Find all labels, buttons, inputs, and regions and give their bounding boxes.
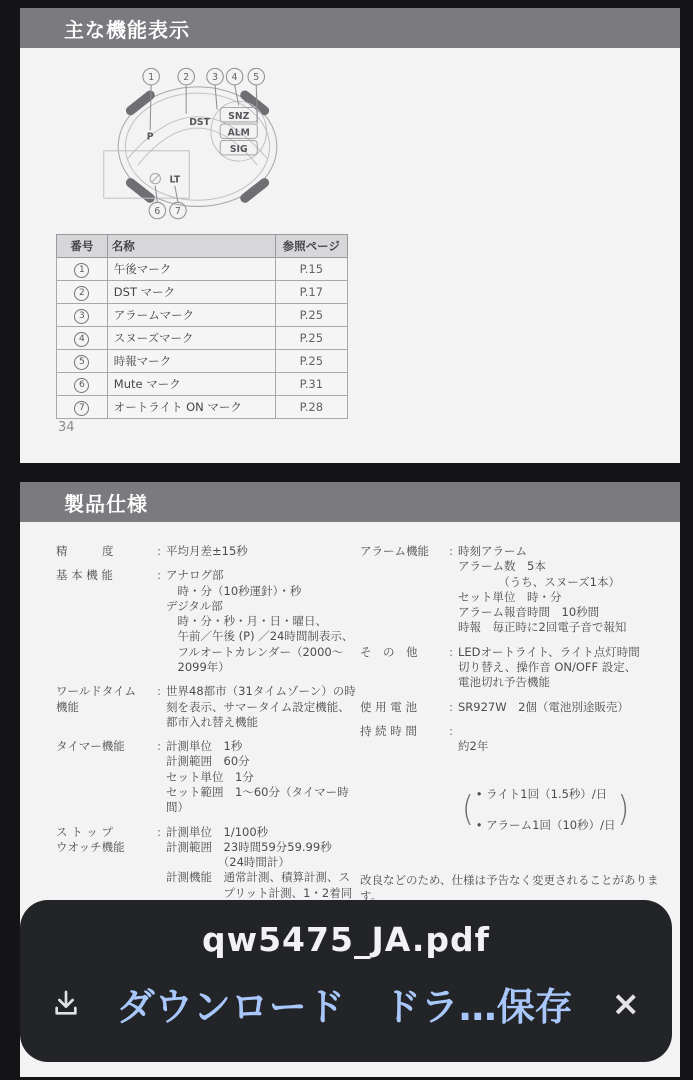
spec-value: 時刻アラーム アラーム数 5本 （うち、スヌーズ1本） セット単位 時・分 アラ… bbox=[458, 544, 662, 636]
download-bar: qw5475_JA.pdf ダウンロード ドラ…保存 × bbox=[20, 900, 672, 1062]
spec-value: LEDオートライト、ライト点灯時間 切り替え、操作音 ON/OFF 設定、 電池… bbox=[458, 645, 662, 691]
download-button[interactable]: ダウンロード bbox=[117, 976, 345, 1031]
mark-name: スヌーズマーク bbox=[107, 327, 275, 350]
mark-name: DST マーク bbox=[107, 281, 275, 304]
row-number: 7 bbox=[74, 401, 89, 416]
ref-page: P.31 bbox=[275, 373, 347, 396]
battery-life-bullet: • ライト1回（1.5秒）/日 bbox=[476, 787, 616, 802]
table-header-row: 番号 名称 参照ページ bbox=[57, 235, 348, 258]
spec-row-timer: タイマー機能 : 計測単位 1秒 計測範囲 60分 セット単位 1分 セット範囲… bbox=[56, 739, 356, 815]
specs-right-column: アラーム機能 : 時刻アラーム アラーム数 5本 （うち、スヌーズ1本） セット… bbox=[360, 544, 662, 904]
spec-value: SR927W 2個（電池別途販売） bbox=[458, 700, 662, 715]
callout-6: 6 bbox=[149, 202, 165, 218]
battery-life-bullet: • アラーム1回（10秒）/日 bbox=[476, 818, 616, 833]
col-header-ref-page: 参照ページ bbox=[275, 235, 347, 258]
mark-name: 時報マーク bbox=[107, 350, 275, 373]
pdf-filename: qw5475_JA.pdf bbox=[20, 920, 672, 959]
callout-1: 1 bbox=[143, 68, 159, 84]
spec-label: ワールドタイム 機能 bbox=[56, 684, 152, 730]
spec-label: アラーム機能 bbox=[360, 544, 444, 636]
table-row: 6 Mute マーク P.31 bbox=[57, 373, 348, 396]
spec-label: タイマー機能 bbox=[56, 739, 152, 815]
alarm-mark-label: ALM bbox=[228, 127, 250, 138]
ref-page: P.25 bbox=[275, 304, 347, 327]
table-row: 4 スヌーズマーク P.25 bbox=[57, 327, 348, 350]
row-number: 1 bbox=[74, 263, 89, 278]
table-row: 5 時報マーク P.25 bbox=[57, 350, 348, 373]
callout-2: 2 bbox=[178, 68, 194, 84]
spec-label: 基 本 機 能 bbox=[56, 568, 152, 675]
row-number: 5 bbox=[74, 355, 89, 370]
section-title: 主な機能表示 bbox=[64, 14, 190, 43]
svg-text:6: 6 bbox=[154, 206, 160, 217]
battery-life-details: • ライト1回（1.5秒）/日 • アラーム1回（10秒）/日 bbox=[460, 772, 662, 848]
svg-text:5: 5 bbox=[253, 72, 259, 83]
spec-label: そ の 他 bbox=[360, 645, 444, 691]
pdf-page-1: 主な機能表示 P DST SNZ ALM SIG bbox=[20, 8, 680, 463]
spec-row-basic-functions: 基 本 機 能 : アナログ部 時・分（10秒運針）・秒 デジタル部 時・分・秒… bbox=[56, 568, 356, 675]
row-number: 3 bbox=[74, 309, 89, 324]
svg-text:2: 2 bbox=[183, 72, 189, 83]
spec-row-world-time: ワールドタイム 機能 : 世界48都市（31タイムゾーン）の時 刻を表示、サマー… bbox=[56, 684, 356, 730]
section-header-main-functions: 主な機能表示 bbox=[20, 8, 680, 48]
battery-life-value: 約2年 bbox=[458, 739, 662, 754]
specs-left-column: 精 度 : 平均月差±15秒 基 本 機 能 : アナログ部 時・分（10秒運針… bbox=[56, 544, 356, 925]
watch-diagram-svg: P DST SNZ ALM SIG LT 1 2 3 4 5 bbox=[88, 56, 408, 226]
signal-mark-label: SIG bbox=[230, 144, 248, 155]
svg-text:1: 1 bbox=[148, 72, 154, 83]
ref-page: P.25 bbox=[275, 327, 347, 350]
close-icon[interactable]: × bbox=[608, 983, 645, 1025]
pm-mark-label: P bbox=[147, 131, 154, 142]
row-number: 6 bbox=[74, 378, 89, 393]
callout-4: 4 bbox=[226, 68, 242, 84]
spec-label: 持 続 時 間 bbox=[360, 724, 444, 864]
svg-text:7: 7 bbox=[175, 206, 181, 217]
light-mark-label: LT bbox=[169, 175, 180, 186]
spec-label: 精 度 bbox=[56, 544, 152, 559]
ref-page: P.28 bbox=[275, 396, 347, 419]
spec-row-battery-life: 持 続 時 間 : 約2年 • ライト1回（1.5秒）/日 • アラーム1回（1… bbox=[360, 724, 662, 864]
spec-value: 世界48都市（31タイムゾーン）の時 刻を表示、サマータイム設定機能、 都市入れ… bbox=[166, 684, 356, 730]
snooze-mark-label: SNZ bbox=[228, 111, 249, 122]
mark-name: アラームマーク bbox=[107, 304, 275, 327]
spec-row-other: そ の 他 : LEDオートライト、ライト点灯時間 切り替え、操作音 ON/OF… bbox=[360, 645, 662, 691]
section-title: 製品仕様 bbox=[64, 488, 148, 517]
watch-function-diagram: P DST SNZ ALM SIG LT 1 2 3 4 5 bbox=[88, 56, 408, 226]
table-row: 3 アラームマーク P.25 bbox=[57, 304, 348, 327]
row-number: 2 bbox=[74, 286, 89, 301]
section-header-specifications: 製品仕様 bbox=[20, 482, 680, 522]
spec-value: 約2年 • ライト1回（1.5秒）/日 • アラーム1回（10秒）/日 bbox=[458, 724, 662, 864]
spec-value: アナログ部 時・分（10秒運針）・秒 デジタル部 時・分・秒・月・日・曜日、 午… bbox=[166, 568, 356, 675]
svg-text:4: 4 bbox=[232, 72, 238, 83]
ref-page: P.15 bbox=[275, 258, 347, 281]
table-row: 7 オートライト ON マーク P.28 bbox=[57, 396, 348, 419]
mute-icon bbox=[150, 173, 160, 183]
row-number: 4 bbox=[74, 332, 89, 347]
spec-label: 使 用 電 池 bbox=[360, 700, 444, 715]
spec-value: 計測単位 1秒 計測範囲 60分 セット単位 1分 セット範囲 1～60分（タイ… bbox=[166, 739, 356, 815]
col-header-number: 番号 bbox=[57, 235, 108, 258]
save-to-drive-button[interactable]: ドラ…保存 bbox=[383, 976, 573, 1031]
download-actions-row: ダウンロード ドラ…保存 × bbox=[20, 959, 672, 1062]
col-header-name: 名称 bbox=[107, 235, 275, 258]
mark-name: Mute マーク bbox=[107, 373, 275, 396]
ref-page: P.17 bbox=[275, 281, 347, 304]
page-number: 34 bbox=[58, 420, 75, 435]
spec-row-accuracy: 精 度 : 平均月差±15秒 bbox=[56, 544, 356, 559]
function-marks-table: 番号 名称 参照ページ 1 午後マーク P.15 2 DST マーク P.17 … bbox=[56, 234, 348, 419]
download-links: ダウンロード ドラ…保存 bbox=[96, 976, 594, 1031]
mark-name: オートライト ON マーク bbox=[107, 396, 275, 419]
dst-mark-label: DST bbox=[189, 117, 210, 128]
spec-value: 平均月差±15秒 bbox=[166, 544, 356, 559]
spec-row-alarm: アラーム機能 : 時刻アラーム アラーム数 5本 （うち、スヌーズ1本） セット… bbox=[360, 544, 662, 636]
ref-page: P.25 bbox=[275, 350, 347, 373]
table-row: 1 午後マーク P.15 bbox=[57, 258, 348, 281]
spec-row-battery: 使 用 電 池 : SR927W 2個（電池別途販売） bbox=[360, 700, 662, 715]
table-row: 2 DST マーク P.17 bbox=[57, 281, 348, 304]
download-icon[interactable] bbox=[50, 988, 82, 1020]
callout-3: 3 bbox=[207, 68, 223, 84]
mark-name: 午後マーク bbox=[107, 258, 275, 281]
callout-5: 5 bbox=[248, 68, 264, 84]
svg-text:3: 3 bbox=[212, 72, 218, 83]
